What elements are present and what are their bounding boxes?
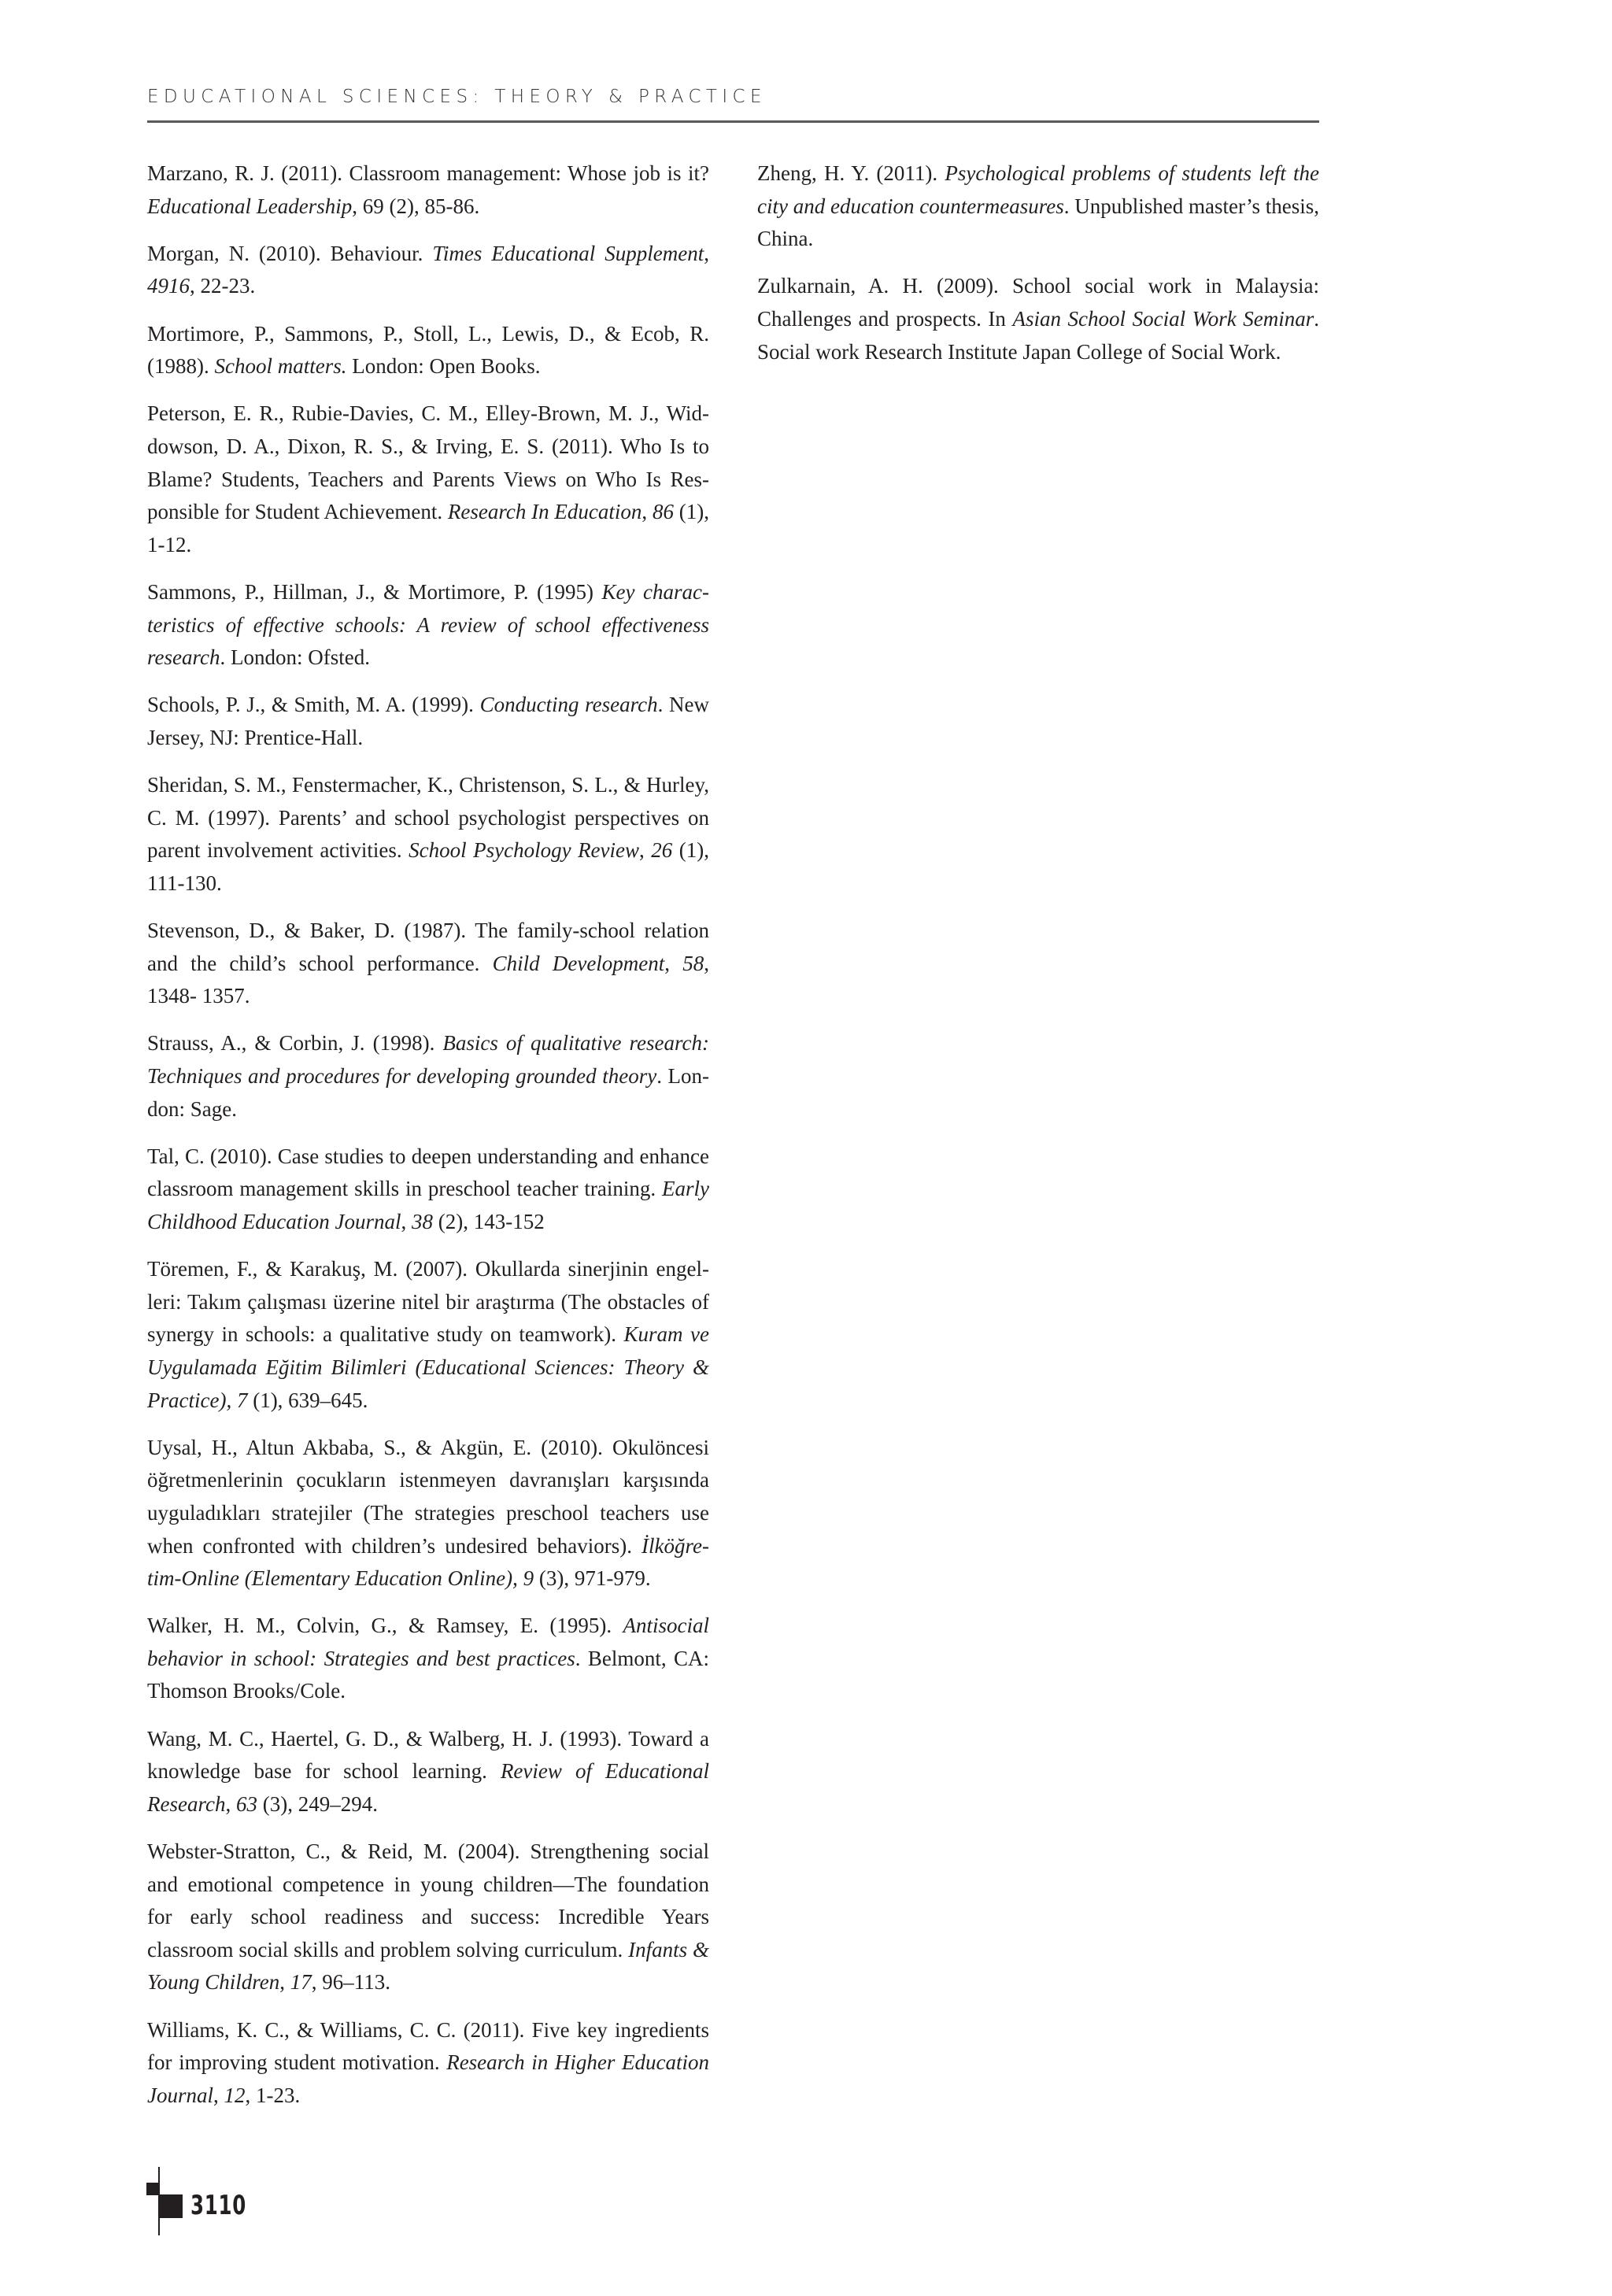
reference-italic-segment: Asian School Social Work Semi­nar [1012, 307, 1314, 331]
reference-text-segment: Schools, P. J., & Smith, M. A. (1999). [147, 693, 480, 716]
reference-italic-segment: Research In Education [448, 500, 642, 523]
reference-italic-segment: Conducting research [480, 693, 658, 716]
reference-entry: Töremen, F., & Karakuş, M. (2007). Okull… [147, 1253, 709, 1417]
reference-text-segment: , 69 (2), 85-86. [352, 194, 479, 218]
reference-text-segment: (1), 639–645. [247, 1388, 368, 1412]
reference-italic-segment: School matters. [214, 354, 346, 378]
reference-text-segment: Walker, H. M., Colvin, G., & Ramsey, E. … [147, 1614, 623, 1637]
reference-italic-segment: 12 [224, 2083, 246, 2107]
reference-italic-segment: 58 [682, 952, 704, 975]
reference-entry: Schools, P. J., & Smith, M. A. (1999). C… [147, 689, 709, 754]
reference-entry: Webster-Stratton, C., & Reid, M. (2004).… [147, 1836, 709, 1999]
reference-text-segment: , [641, 500, 653, 523]
reference-entry: Zheng, H. Y. (2011). Psychological probl… [757, 157, 1319, 256]
reference-text-segment: Tal, C. (2010). Case studies to deepen u… [147, 1144, 709, 1201]
reference-italic-segment: 26 [651, 838, 672, 862]
reference-entry: Williams, K. C., & Williams, C. C. (2011… [147, 2014, 709, 2113]
reference-text-segment: Uysal, H., Altun Akbaba, S., & Akgün, E.… [147, 1436, 709, 1558]
reference-entry: Zulkarnain, A. H. (2009). School social … [757, 270, 1319, 368]
reference-italic-segment: 63 [236, 1792, 257, 1816]
reference-text-segment: Strauss, A., & Corbin, J. (1998). [147, 1031, 442, 1055]
reference-entry: Wang, M. C., Haertel, G. D., & Walberg, … [147, 1723, 709, 1821]
reference-entry: Sammons, P., Hillman, J., & Mortimore, P… [147, 576, 709, 675]
page-number: 3110 [190, 2191, 246, 2220]
header-rule [147, 120, 1319, 123]
reference-text-segment: Morgan, N. (2010). Behaviour. [147, 242, 432, 265]
reference-text-segment: (3), 971-979. [534, 1566, 650, 1590]
reference-text-segment: , [639, 838, 651, 862]
reference-entry: Marzano, R. J. (2011). Classroom managem… [147, 157, 709, 223]
references-column-left: Marzano, R. J. (2011). Classroom managem… [147, 157, 709, 2127]
reference-text-segment: , [213, 2083, 224, 2107]
reference-italic-segment: Child Development [493, 952, 665, 975]
reference-text-segment: . London: Ofsted. [220, 645, 369, 669]
reference-text-segment: , [401, 1210, 412, 1233]
reference-text-segment: , [225, 1792, 236, 1816]
reference-italic-segment: School Psychology Review [409, 838, 639, 862]
folio-small-square-icon [146, 2183, 159, 2195]
reference-entry: Mortimore, P., Sammons, P., Stoll, L., L… [147, 318, 709, 383]
reference-entry: Stevenson, D., & Baker, D. (1987). The f… [147, 915, 709, 1013]
reference-italic-segment: Times Educational Supplement [432, 242, 704, 265]
page-number-marker: 3110 [146, 2167, 304, 2238]
reference-entry: Walker, H. M., Colvin, G., & Ramsey, E. … [147, 1610, 709, 1708]
reference-text-segment: , 22-23. [190, 274, 255, 298]
reference-text-segment: , [704, 242, 709, 265]
reference-text-segment: (2), 143-152 [433, 1210, 545, 1233]
references-column-right: Zheng, H. Y. (2011). Psychological probl… [757, 157, 1319, 383]
reference-text-segment: , 96–113. [312, 1970, 390, 1994]
folio-large-square-icon [159, 2194, 183, 2218]
reference-italic-segment: Educational Leadership [147, 194, 352, 218]
reference-text-segment: , [279, 1970, 290, 1994]
reference-italic-segment: 38 [412, 1210, 433, 1233]
reference-text-segment: London: Open Books. [346, 354, 540, 378]
running-head-title: EDUCATIONAL SCIENCES: THEORY & PRACTICE [147, 86, 1320, 108]
reference-italic-segment: 86 [653, 500, 674, 523]
reference-entry: Peterson, E. R., Rubie-Davies, C. M., El… [147, 397, 709, 561]
reference-text-segment: Marzano, R. J. (2011). Classroom managem… [147, 161, 709, 185]
reference-entry: Sheridan, S. M., Fenstermacher, K., Chri… [147, 769, 709, 900]
reference-entry: Morgan, N. (2010). Behaviour. Times Educ… [147, 238, 709, 303]
reference-text-segment: , 1-23. [246, 2083, 301, 2107]
reference-italic-segment: 17 [290, 1970, 312, 1994]
reference-italic-segment: 4916 [147, 274, 190, 298]
reference-text-segment: Sammons, P., Hillman, J., & Mortimore, P… [147, 580, 602, 604]
reference-entry: Strauss, A., & Corbin, J. (1998). Basics… [147, 1027, 709, 1126]
reference-text-segment: , [664, 952, 682, 975]
reference-text-segment: Zheng, H. Y. (2011). [757, 161, 945, 185]
reference-entry: Tal, C. (2010). Case studies to deepen u… [147, 1141, 709, 1239]
reference-entry: Uysal, H., Altun Akbaba, S., & Akgün, E.… [147, 1432, 709, 1595]
reference-text-segment: (3), 249–294. [257, 1792, 378, 1816]
reference-text-segment: Webster-Stratton, C., & Reid, M. (2004).… [147, 1839, 709, 1961]
